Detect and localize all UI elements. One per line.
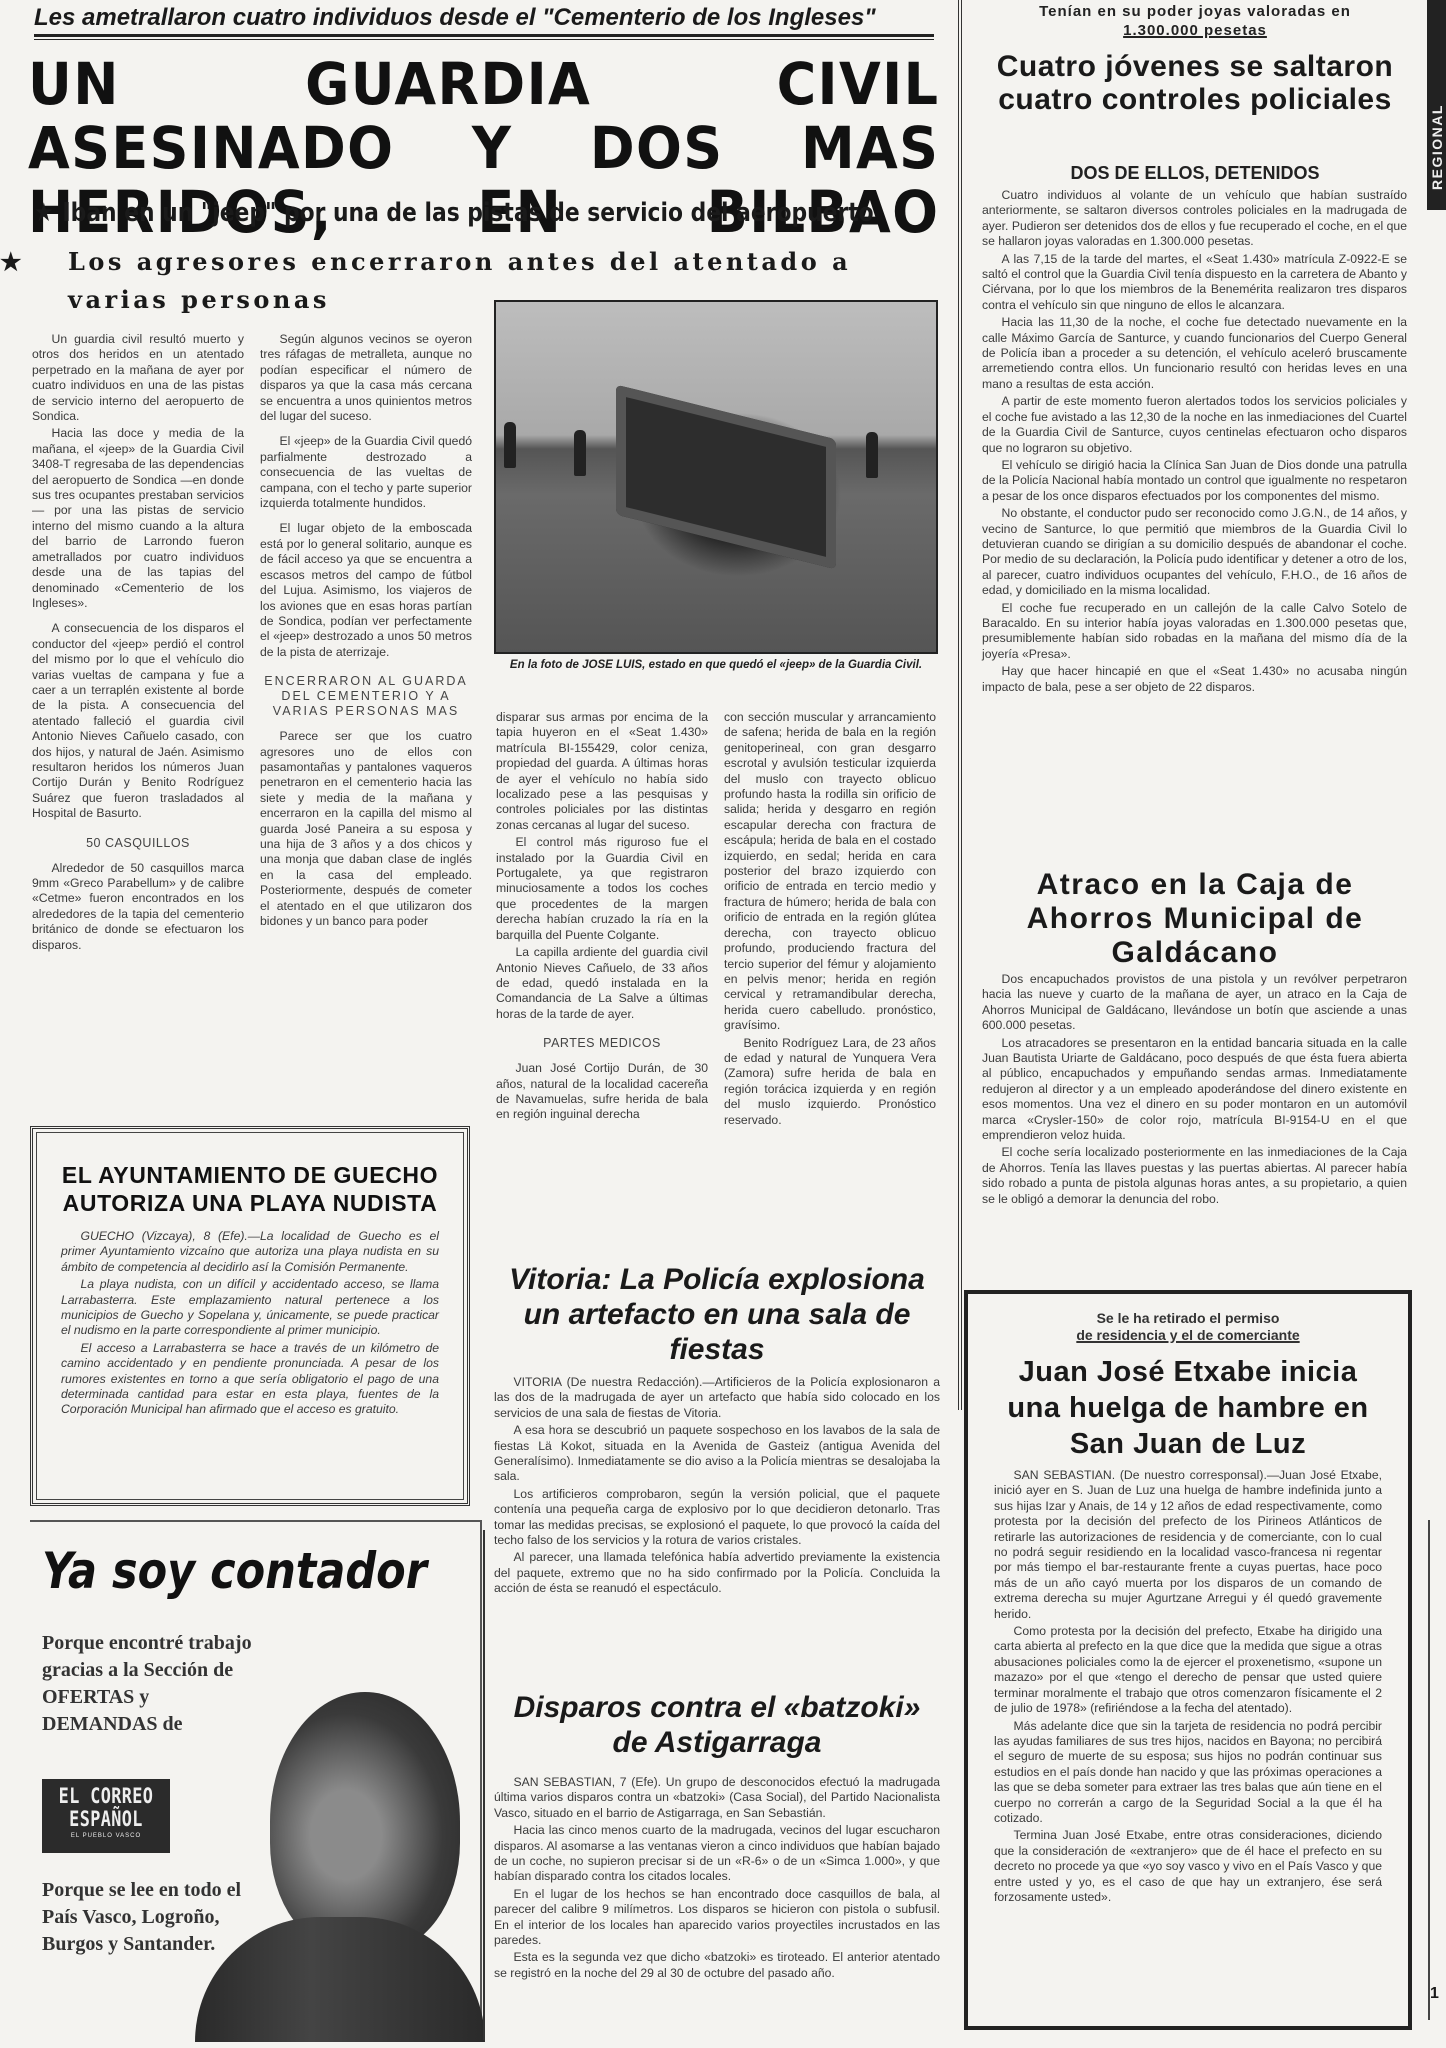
huelga-kicker: Se le ha retirado el permiso de residenc… xyxy=(994,1310,1382,1344)
paragraph: VITORIA (De nuestra Redacción).—Artifici… xyxy=(494,1375,940,1421)
paragraph: GUECHO (Vizcaya), 8 (Efe).—La localidad … xyxy=(61,1229,439,1275)
paragraph: Alrededor de 50 casquillos marca 9mm «Gr… xyxy=(32,861,244,953)
paragraph: SAN SEBASTIAN, 7 (Efe). Un grupo de desc… xyxy=(494,1775,940,1821)
paragraph: A consecuencia de los disparos el conduc… xyxy=(32,621,244,821)
atraco-headline: Atraco en la Caja de Ahorros Municipal d… xyxy=(980,868,1410,970)
controles-subhead: DOS DE ELLOS, DETENIDOS xyxy=(980,163,1410,184)
vitoria-headline: Vitoria: La Policía explosiona un artefa… xyxy=(494,1262,940,1367)
batzoki-headline: Disparos contra el «batzoki» de Astigarr… xyxy=(494,1690,940,1760)
huelga-article-box: Se le ha retirado el permiso de residenc… xyxy=(964,1290,1412,2030)
paragraph: SAN SEBASTIAN. (De nuestro corresponsal)… xyxy=(994,1468,1382,1622)
paragraph: Termina Juan José Etxabe, entre otras co… xyxy=(994,1828,1382,1905)
logo-line-3: EL PUEBLO VASCO xyxy=(42,1833,170,1839)
deck-line-1: ★Iban en un "jeep" por una de las pistas… xyxy=(34,198,950,228)
paragraph: Más adelante dice que sin la tarjeta de … xyxy=(994,1719,1382,1827)
jeep-photo xyxy=(494,300,938,654)
photo-caption: En la foto de JOSE LUIS, estado en que q… xyxy=(494,658,938,672)
paragraph: disparar sus armas por encima de la tapi… xyxy=(496,710,708,833)
paragraph: El coche sería localizado posteriormente… xyxy=(982,1145,1407,1207)
subhead-partes-medicos: PARTES MEDICOS xyxy=(496,1036,708,1051)
paragraph: Los atracadores se presentaron en la ent… xyxy=(982,1036,1407,1144)
ad-portrait-photo xyxy=(195,1692,475,2037)
paragraph: A partir de este momento fueron alertado… xyxy=(982,394,1407,456)
column-rule xyxy=(958,0,962,1410)
kicker-rule xyxy=(34,34,934,40)
paragraph: Hay que hacer hincapié en que el «Seat 1… xyxy=(982,664,1407,695)
paragraph: El «jeep» de la Guardia Civil quedó parf… xyxy=(260,434,472,511)
paragraph: Esta es la segunda vez que dicho «batzok… xyxy=(494,1950,940,1981)
classifieds-advertisement: Ya soy contador Porque encontré trabajo … xyxy=(30,1520,482,2042)
controles-kicker-line-2: 1.300.000 pesetas xyxy=(980,21,1410,40)
controles-headline: Cuatro jóvenes se saltaron cuatro contro… xyxy=(980,50,1410,116)
paragraph: La capilla ardiente del guardia civil An… xyxy=(496,945,708,1022)
huelga-body: SAN SEBASTIAN. (De nuestro corresponsal)… xyxy=(994,1468,1382,1905)
main-story-column-4: con sección muscular y arrancamiento de … xyxy=(724,710,936,1128)
paragraph: Según algunos vecinos se oyeron tres ráf… xyxy=(260,332,472,424)
main-story-column-2: Según algunos vecinos se oyeron tres ráf… xyxy=(260,332,472,929)
main-story-column-1: Un guardia civil resultó muerto y otros … xyxy=(32,332,244,953)
paragraph: Hacia las cinco menos cuarto de la madru… xyxy=(494,1823,940,1885)
guecho-headline: EL AYUNTAMIENTO DE GUECHO AUTORIZA UNA P… xyxy=(61,1161,439,1217)
paragraph: Dos encapuchados provistos de una pistol… xyxy=(982,972,1407,1034)
paragraph: Hacia las 11,30 de la noche, el coche fu… xyxy=(982,315,1407,392)
paragraph: El coche fue recuperado en un callejón d… xyxy=(982,601,1407,663)
deck-1-text: Iban en un "jeep" por una de las pistas … xyxy=(63,198,874,228)
page-edge-strip xyxy=(1428,1520,1446,2020)
ad-title: Ya soy contador xyxy=(42,1542,427,1600)
paragraph: No obstante, el conductor pudo ser recon… xyxy=(982,506,1407,598)
main-story-kicker: Les ametrallaron cuatro individuos desde… xyxy=(34,4,934,32)
paragraph: La playa nudista, con un difícil y accid… xyxy=(61,1277,439,1339)
section-tab-label: REGIONAL xyxy=(1429,104,1445,190)
star-icon: ★ xyxy=(34,198,63,228)
paragraph: Un guardia civil resultó muerto y otros … xyxy=(32,332,244,424)
logo-line-2: ESPAÑOL xyxy=(55,1808,157,1831)
paragraph: A las 7,15 de la tarde del martes, el «S… xyxy=(982,252,1407,314)
vitoria-body: VITORIA (De nuestra Redacción).—Artifici… xyxy=(494,1375,940,1597)
el-correo-espanol-logo: EL CORREO ESPAÑOL EL PUEBLO VASCO xyxy=(42,1779,170,1853)
star-icon: ★ xyxy=(34,243,68,281)
section-tab-regional: REGIONAL xyxy=(1427,0,1446,210)
person-figure xyxy=(866,432,878,478)
controles-kicker: Tenían en su poder joyas valoradas en 1.… xyxy=(980,2,1410,40)
main-story-column-3: disparar sus armas por encima de la tapi… xyxy=(496,710,708,1123)
guecho-body: GUECHO (Vizcaya), 8 (Efe).—La localidad … xyxy=(61,1229,439,1418)
paragraph: Al parecer, una llamada telefónica había… xyxy=(494,1550,940,1596)
paragraph: El control más riguroso fue el instalado… xyxy=(496,835,708,943)
atraco-body: Dos encapuchados provistos de una pistol… xyxy=(982,972,1407,1207)
paragraph: Cuatro individuos al volante de un vehíc… xyxy=(982,188,1407,250)
portrait-shoulders xyxy=(195,1917,485,2042)
paragraph: En el lugar de los hechos se han encontr… xyxy=(494,1887,940,1949)
subhead-encerraron: ENCERRARON AL GUARDA DEL CEMENTERIO Y A … xyxy=(260,674,472,719)
paragraph: Los artificieros comprobaron, según la v… xyxy=(494,1487,940,1549)
paragraph: El lugar objeto de la emboscada está por… xyxy=(260,521,472,660)
logo-line-1: EL CORREO xyxy=(55,1785,157,1808)
wrecked-jeep xyxy=(616,385,836,570)
paragraph: Parece ser que los cuatro agresores uno … xyxy=(260,729,472,929)
huelga-headline: Juan José Etxabe inicia una huelga de ha… xyxy=(994,1354,1382,1462)
controles-body: Cuatro individuos al volante de un vehíc… xyxy=(982,188,1407,695)
paragraph: El vehículo se dirigió hacia la Clínica … xyxy=(982,458,1407,504)
paragraph: con sección muscular y arrancamiento de … xyxy=(724,710,936,1034)
guecho-article-box: EL AYUNTAMIENTO DE GUECHO AUTORIZA UNA P… xyxy=(30,1126,470,1506)
paragraph: A esa hora se descubrió un paquete sospe… xyxy=(494,1423,940,1485)
person-figure xyxy=(504,422,516,468)
page-number: 1 xyxy=(1430,1985,1439,2003)
paragraph: Como protesta por la decisión del prefec… xyxy=(994,1624,1382,1716)
portrait-head xyxy=(270,1692,460,1952)
paragraph: Benito Rodríguez Lara, de 23 años de eda… xyxy=(724,1036,936,1128)
huelga-kicker-line-1: Se le ha retirado el permiso xyxy=(994,1310,1382,1327)
paragraph: El acceso a Larrabasterra se hace a trav… xyxy=(61,1341,439,1418)
paragraph: Hacia las doce y media de la mañana, el … xyxy=(32,426,244,611)
batzoki-body: SAN SEBASTIAN, 7 (Efe). Un grupo de desc… xyxy=(494,1775,940,1981)
huelga-kicker-line-2: de residencia y el de comerciante xyxy=(994,1327,1382,1344)
controles-kicker-line-1: Tenían en su poder joyas valoradas en xyxy=(980,2,1410,21)
column-rule xyxy=(483,1530,485,2040)
subhead-casquillos: 50 CASQUILLOS xyxy=(32,836,244,851)
person-figure xyxy=(574,430,586,476)
paragraph: Juan José Cortijo Durán, de 30 años, nat… xyxy=(496,1061,708,1123)
